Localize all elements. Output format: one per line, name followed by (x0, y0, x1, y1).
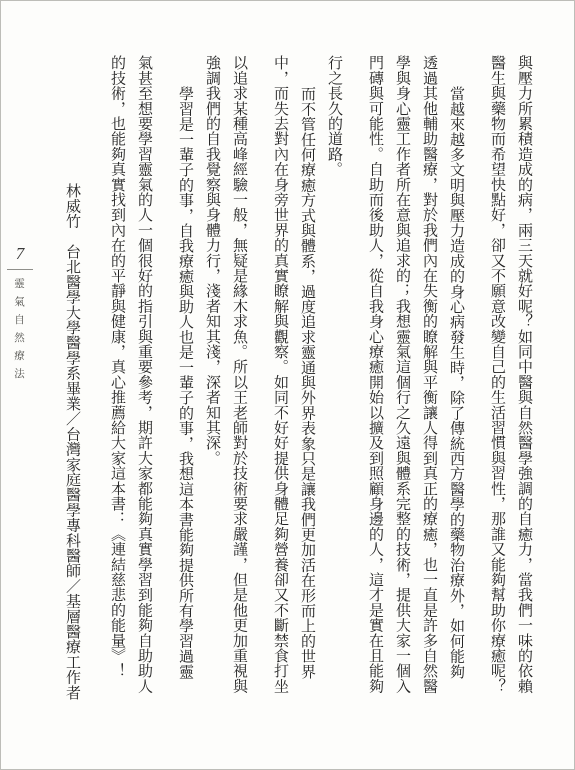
text-column: 行之長久的道路。 (325, 55, 342, 177)
text-column: 強調我們的自我覺察與身體力行，淺者知其淺，深者知其深。 (203, 55, 220, 465)
page-number-rule (7, 269, 33, 270)
text-column: 氣甚至想要學習靈氣的人一個很好的指引與重要參考，期許大家都能夠真實學習到能夠自助… (135, 55, 152, 693)
text-column: 門磚與可能性。自助而後助人，從自我身心療癒開始以擴及到照顧身邊的人，這才是實在且… (366, 55, 383, 693)
text-column: 醫生與藥物而希望快點好，卻又不願意改變自己的生活習慣與習性，那誰又能夠幫助你療癒… (488, 55, 505, 693)
text-column: 透過其他輔助醫療，對於我們內在失衡的瞭解與平衡讓人得到真正的療癒，也一直是許多自… (420, 55, 437, 693)
text-column: 以追求某種高峰經驗一般，無疑是緣木求魚。所以王老師對於技術要求嚴謹，但是他更加重… (230, 55, 247, 693)
text-column: 學與身心靈工作者所在意與追求的；我想靈氣這個行之久遠與體系完整的技術，提供大家一… (393, 55, 410, 693)
margin-book-title: 靈氣自然療法 (12, 278, 24, 386)
text-column: 與壓力所累積造成的病，兩三天就好呢？如同中醫與自然醫學強調的自癒力，當我們一味的… (515, 55, 532, 693)
text-column: 而不管任何療癒方式與體系，過度追求靈通與外界表象只是讓我們更加活在形而上的世界 (298, 86, 315, 679)
signature-column: 林威竹 台北醫學大學醫學系畢業／台灣家庭醫學專科醫師／基層醫療工作者 (63, 183, 80, 700)
text-column: 學習是一輩子的事，自我療癒與助人也是一輩子的事，我想這本書能夠提供所有學習過靈 (176, 86, 193, 679)
text-column: 中，而失去對內在身旁世界的真實瞭解與觀察。如同不好好提供身體足夠營養卻又不斷禁食… (271, 55, 288, 693)
text-column: 的技術，也能夠真實找到內在的平靜與健康，真心推薦給大家這本書：《連結慈悲的能量》… (108, 55, 125, 678)
page-number: 7 (7, 244, 33, 264)
book-page: 7 靈氣自然療法 與壓力所累積造成的病，兩三天就好呢？如同中醫與自然醫學強調的自… (0, 0, 575, 770)
text-column: 當越來越多文明與壓力造成的身心病發生時，除了傳統西方醫學的藥物治療外，如何能夠 (447, 86, 464, 679)
